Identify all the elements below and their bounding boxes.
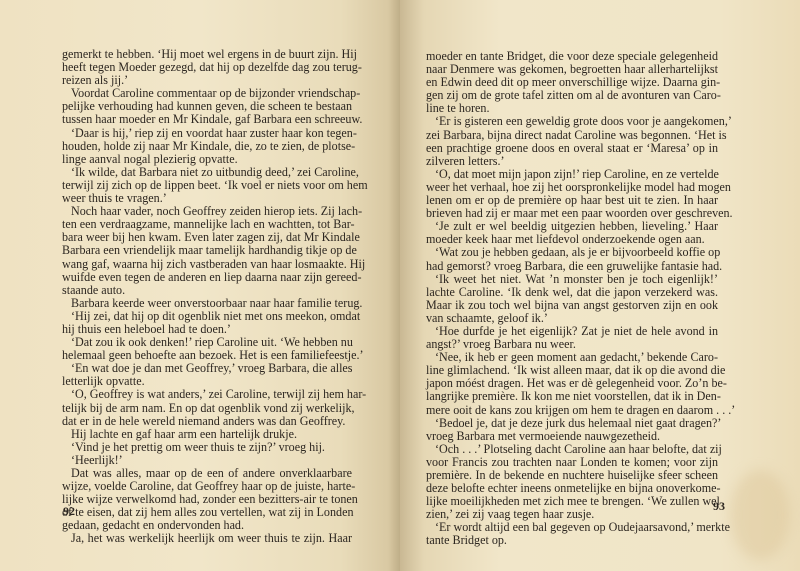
text-line: ‘Ik wilde, dat Barbara niet zo uitbundig… bbox=[62, 166, 352, 179]
text-line: lachte Caroline. ‘Ik denk wel, dat die j… bbox=[426, 286, 718, 299]
text-line: ‘Er is gisteren een geweldig grote doos … bbox=[426, 115, 718, 128]
text-line: ‘Och . . .’ Plotseling dacht Caroline aa… bbox=[426, 443, 718, 456]
text-line: Hij lachte en gaf haar arm een hartelijk… bbox=[62, 428, 352, 441]
text-line: tante Bridget op. bbox=[426, 534, 718, 547]
text-line: van schaamte, geloof ik.’ bbox=[426, 312, 718, 325]
text-line: ‘Vind je het prettig om weer thuis te zi… bbox=[62, 441, 352, 454]
text-line: zei Barbara, bijna direct nadat Caroline… bbox=[426, 129, 718, 142]
text-line: tussen haar moeder en Mr Kindale, gaf Ba… bbox=[62, 113, 352, 126]
text-line: ‘O, Geoffrey is wat anders,’ zei Carolin… bbox=[62, 388, 352, 401]
text-line: ‘Ik weet het niet. Wat ’n monster ben je… bbox=[426, 273, 718, 286]
text-line: zilveren letters.’ bbox=[426, 155, 718, 168]
text-line: Ja, het was werkelijk heerlijk om weer t… bbox=[62, 532, 352, 545]
text-line: ‘Bedoel je, dat je deze jurk dus helemaa… bbox=[426, 417, 718, 430]
text-line: dat er in de hele wereld niemand anders … bbox=[62, 415, 352, 428]
text-line: had gemorst? vroeg Barbara, die een gruw… bbox=[426, 260, 718, 273]
text-line: ‘O, dat moet mijn japon zijn!’ riep Caro… bbox=[426, 168, 718, 181]
text-line: Barbara een vriendelijk maar tamelijk ha… bbox=[62, 244, 352, 257]
text-line: houden, holde zij naar Mr Kindale, die, … bbox=[62, 140, 352, 153]
text-line: ‘Hij zei, dat hij op dit ogenblik niet m… bbox=[62, 310, 352, 323]
right-page: moeder en tante Bridget, die voor deze s… bbox=[400, 0, 800, 571]
page-number-right: 93 bbox=[713, 499, 725, 514]
text-line: telijk bij de arm nam. En op dat ogenbli… bbox=[62, 402, 352, 415]
text-line: Barbara keerde weer onverstoorbaar naar … bbox=[62, 297, 352, 310]
text-line: staande auto. bbox=[62, 284, 352, 297]
text-line: linge aanval nogal plezierig opvatte. bbox=[62, 153, 352, 166]
text-line: vroeg Barbara met vermoeiende nauwgezeth… bbox=[426, 430, 718, 443]
left-page: gemerkt te hebben. ‘Hij moet wel ergens … bbox=[0, 0, 400, 571]
left-page-text: gemerkt te hebben. ‘Hij moet wel ergens … bbox=[62, 48, 352, 546]
book-spread: gemerkt te hebben. ‘Hij moet wel ergens … bbox=[0, 0, 800, 571]
text-line: ‘Daar is hij,’ riep zij en voordat haar … bbox=[62, 127, 352, 140]
right-page-text: moeder en tante Bridget, die voor deze s… bbox=[426, 50, 718, 548]
text-line: langrijke première. Ik kon me niet voors… bbox=[426, 390, 718, 403]
text-line: wang gaf, waarna hij zich vastberaden va… bbox=[62, 258, 352, 271]
text-line: mere ooit de kans zou krijgen om hem te … bbox=[426, 404, 718, 417]
text-line: een prachtige groene doos en overal staa… bbox=[426, 142, 718, 155]
text-line: ‘Wat zou je hebben gedaan, als je er bij… bbox=[426, 246, 718, 259]
page-number-left: 92 bbox=[63, 504, 75, 519]
paper-stain bbox=[730, 470, 790, 560]
text-line: wuifde even tegen de anderen en liep daa… bbox=[62, 271, 352, 284]
text-line: Maar ik zou toch wel bijna van angst ges… bbox=[426, 299, 718, 312]
